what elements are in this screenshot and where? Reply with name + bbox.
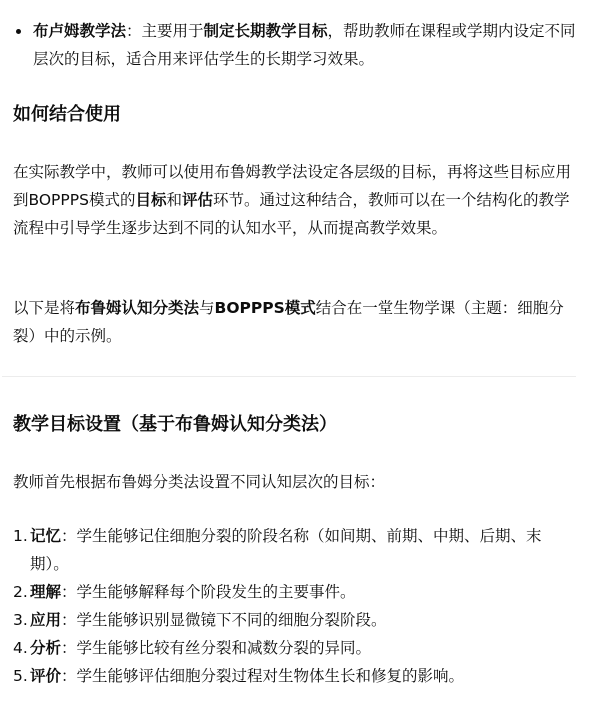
objective-text: ：学生能够比较有丝分裂和减数分裂的异同。 [61,639,371,657]
objective-item: 4.分析：学生能够比较有丝分裂和减数分裂的异同。 [13,634,578,662]
para1-text-2: 和 [166,191,182,209]
para2-bold-bloom: 布鲁姆认知分类法 [75,299,199,317]
objective-text: ：学生能够解释每个阶段发生的主要事件。 [61,583,356,601]
bullet-item-bloom: 布卢姆教学法：主要用于制定长期教学目标，帮助教师在课程或学期内设定不同层次的目标… [13,17,578,73]
para1-bold-objective: 目标 [135,191,166,209]
section-heading-how-to-combine: 如何结合使用 [13,101,121,129]
objective-number: 4. [13,634,28,662]
objective-item: 2.理解：学生能够解释每个阶段发生的主要事件。 [13,578,578,606]
objective-item: 5.评价：学生能够评估细胞分裂过程对生物体生长和修复的影响。 [13,662,578,690]
para2-text-2: 与 [199,299,215,317]
bullet-term: 布卢姆教学法 [33,22,126,40]
objective-level: 理解 [30,583,61,601]
section-heading-objectives: 教学目标设置（基于布鲁姆认知分类法） [13,411,337,439]
objective-level: 记忆 [30,527,61,545]
section-divider [2,376,576,377]
bullet-dot-icon [16,29,21,34]
para2-bold-boppps: BOPPPS模式 [215,299,316,317]
paragraph-example-intro: 以下是将布鲁姆认知分类法与BOPPPS模式结合在一堂生物学课（主题：细胞分裂）中… [13,294,578,350]
objective-text: ：学生能够识别显微镜下不同的细胞分裂阶段。 [61,611,387,629]
objectives-intro: 教师首先根据布鲁姆分类法设置不同认知层次的目标： [13,468,578,496]
bullet-list: 布卢姆教学法：主要用于制定长期教学目标，帮助教师在课程或学期内设定不同层次的目标… [13,17,578,73]
para2-text-1: 以下是将 [13,299,75,317]
paragraph-combination: 在实际教学中，教师可以使用布鲁姆教学法设定各层级的目标，再将这些目标应用到BOP… [13,158,578,242]
objectives-list: 1.记忆：学生能够记住细胞分裂的阶段名称（如间期、前期、中期、后期、末期）。 2… [13,522,578,690]
bullet-emphasis: 制定长期教学目标 [204,22,328,40]
objective-level: 应用 [30,611,61,629]
objective-number: 5. [13,662,28,690]
objective-number: 3. [13,606,28,634]
objective-text: ：学生能够评估细胞分裂过程对生物体生长和修复的影响。 [61,667,464,685]
para1-bold-assessment: 评估 [182,191,213,209]
objective-level: 分析 [30,639,61,657]
objective-item: 1.记忆：学生能够记住细胞分裂的阶段名称（如间期、前期、中期、后期、末期）。 [13,522,578,578]
objective-level: 评价 [30,667,61,685]
objective-number: 1. [13,522,28,550]
objective-number: 2. [13,578,28,606]
objective-item: 3.应用：学生能够识别显微镜下不同的细胞分裂阶段。 [13,606,578,634]
bullet-sep: ：主要用于 [126,22,204,40]
objective-text: ：学生能够记住细胞分裂的阶段名称（如间期、前期、中期、后期、末期）。 [30,527,542,573]
